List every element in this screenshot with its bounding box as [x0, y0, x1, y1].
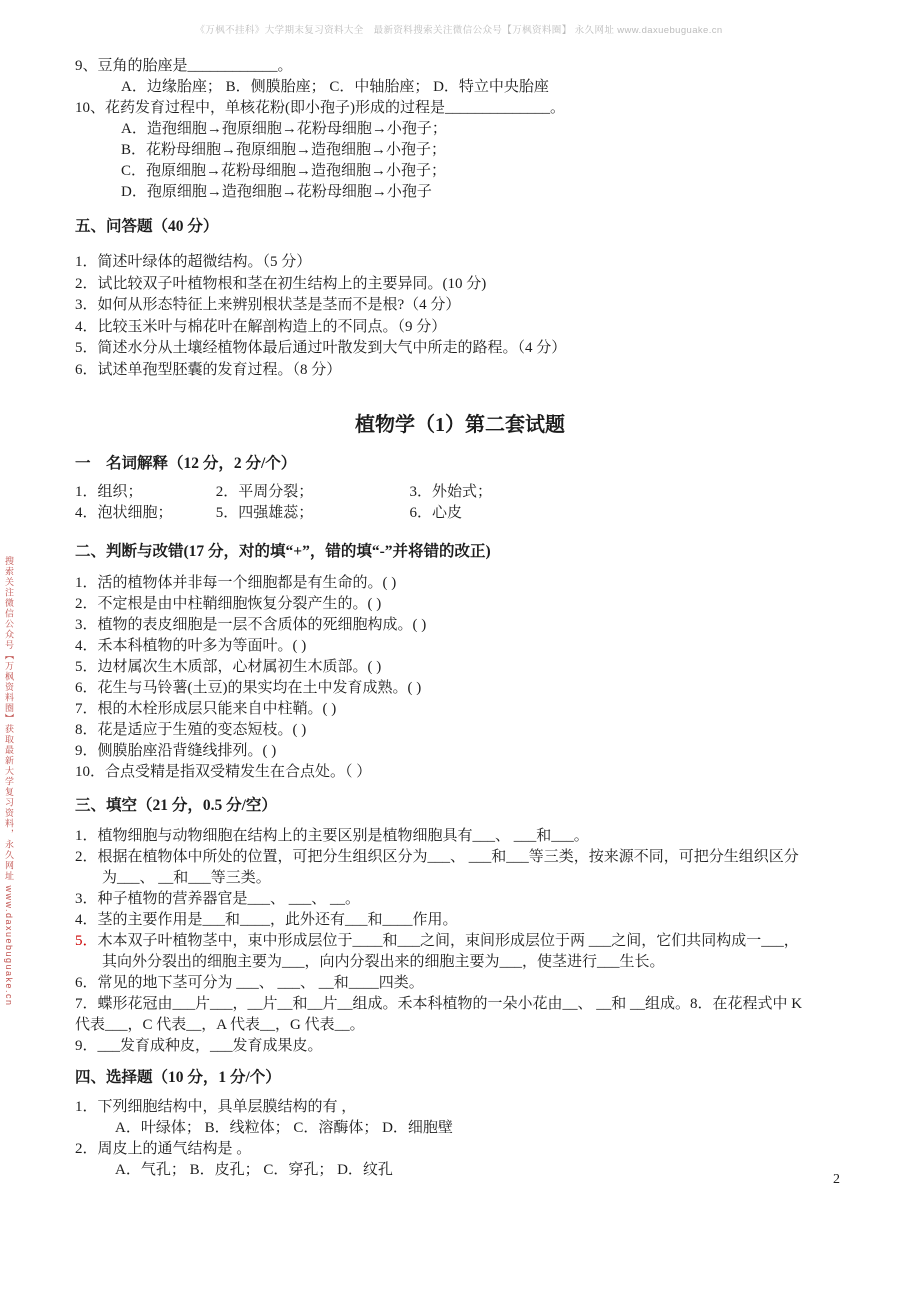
fill-item-5-text: 木本双子叶植物茎中，束中形成层位于____和___之间，束间形成层位于两 ___…: [98, 933, 799, 949]
question-10-option-b: B．花粉母细胞→孢原细胞→造孢细胞→小孢子；: [121, 140, 870, 161]
fill-item-1: 1．植物细胞与动物细胞在结构上的主要区别是植物细胞具有___、 ___和___。: [75, 826, 870, 847]
choice-section-heading: 四、选择题（10 分，1 分/个）: [75, 1067, 870, 1089]
essay-section-heading: 五、问答题（40 分）: [75, 216, 870, 238]
fill-item-3: 3．种子植物的营养器官是___、 ___、 __。: [75, 889, 870, 910]
judge-item: 10．合点受精是指双受精发生在合点处。（ ）: [75, 762, 870, 783]
choice-items: 1．下列细胞结构中，具单层膜结构的有 ， A．叶绿体； B．线粒体； C．溶酶体…: [75, 1097, 870, 1181]
fill-item-5-number: 5．: [75, 933, 98, 949]
question-10-stem: 10、花药发育过程中，单核花粉(即小孢子)形成的过程是_____________…: [75, 98, 870, 119]
judge-item: 5．边材属次生木质部，心材属初生木质部。( ): [75, 657, 870, 678]
question-10-option-c: C．孢原细胞→花粉母细胞→造孢细胞→小孢子；: [121, 161, 870, 182]
fill-item-5-line1: 5．木本双子叶植物茎中，束中形成层位于____和___之间，束间形成层位于两 _…: [75, 931, 870, 952]
judge-item: 1．活的植物体并非每一个细胞都是有生命的。( ): [75, 573, 870, 594]
terms-item: 5．四强雄蕊；: [216, 503, 406, 524]
choice-q1-options: A．叶绿体； B．线粒体； C．溶酶体； D．细胞壁: [115, 1118, 870, 1139]
essay-items: 1．简述叶绿体的超微结构。（5 分） 2．试比较双子叶植物根和茎在初生结构上的主…: [75, 252, 870, 381]
choice-q2-options: A．气孔； B．皮孔； C．穿孔； D．纹孔: [115, 1160, 870, 1181]
left-watermark: 搜索关注微信公众号【万枫资料圈】获取最新大学复习资料，永久网址 www.daxu…: [3, 556, 16, 1076]
terms-section-heading: 一 名词解释（12 分，2 分/个）: [75, 453, 870, 475]
judge-item: 7．根的木栓形成层只能来自中柱鞘。( ): [75, 699, 870, 720]
terms-row: 1．组织； 2．平周分裂； 3．外始式；: [75, 482, 870, 503]
question-10-option-a: A．造孢细胞→孢原细胞→花粉母细胞→小孢子；: [121, 119, 870, 140]
choice-q2-stem: 2．周皮上的通气结构是 。: [75, 1139, 870, 1160]
essay-item: 3．如何从形态特征上来辨别根状茎是茎而不是根?（4 分）: [75, 295, 870, 317]
page-number: 2: [833, 1172, 840, 1188]
top-watermark: 《万枫不挂科》大学期末复习资料大全 最新资料搜索关注微信公众号【万枫资料圈】 永…: [0, 22, 918, 36]
essay-item: 2．试比较双子叶植物根和茎在初生结构上的主要异同。(10 分): [75, 274, 870, 296]
terms-row: 4．泡状细胞； 5．四强雄蕊； 6．心皮: [75, 503, 870, 524]
terms-item: 6．心皮: [410, 503, 463, 524]
judge-item: 2．不定根是由中柱鞘细胞恢复分裂产生的。( ): [75, 594, 870, 615]
terms-item: 3．外始式；: [410, 482, 493, 503]
essay-item: 5．简述水分从土壤经植物体最后通过叶散发到大气中所走的路程。（4 分）: [75, 338, 870, 360]
essay-item: 6．试述单孢型胚囊的发育过程。（8 分）: [75, 360, 870, 382]
judge-item: 6．花生与马铃薯(土豆)的果实均在土中发育成熟。( ): [75, 678, 870, 699]
fill-item-5-line2: 其向外分裂出的细胞主要为___，向内分裂出来的细胞主要为___，使茎进行___生…: [102, 952, 870, 973]
fill-items: 1．植物细胞与动物细胞在结构上的主要区别是植物细胞具有___、 ___和___。…: [75, 826, 870, 1057]
fill-item-4: 4．茎的主要作用是___和____，此外还有___和____作用。: [75, 910, 870, 931]
choice-q1-stem: 1．下列细胞结构中，具单层膜结构的有 ，: [75, 1097, 870, 1118]
document-content: 9、豆角的胎座是____________。 A．边缘胎座； B．侧膜胎座； C．…: [75, 56, 870, 1181]
judge-section-heading: 二、判断与改错(17 分，对的填“+”，错的填“-”并将错的改正): [75, 541, 870, 563]
judge-item: 9．侧膜胎座沿背缝线排列。( ): [75, 741, 870, 762]
fill-item-6: 6．常见的地下茎可分为 ___、 ___、 __和____四类。: [75, 973, 870, 994]
fill-item-2-line1: 2．根据在植物体中所处的位置，可把分生组织区分为___、 ___和___等三类，…: [75, 847, 870, 868]
fill-item-9: 9．___发育成种皮，___发育成果皮。: [75, 1036, 870, 1057]
essay-item: 1．简述叶绿体的超微结构。（5 分）: [75, 252, 870, 274]
fill-item-2-line2: 为___、 __和___等三类。: [102, 868, 870, 889]
judge-item: 4．禾本科植物的叶多为等面叶。( ): [75, 636, 870, 657]
terms-items: 1．组织； 2．平周分裂； 3．外始式； 4．泡状细胞； 5．四强雄蕊； 6．心…: [75, 482, 870, 524]
exam-document-page: 《万枫不挂科》大学期末复习资料大全 最新资料搜索关注微信公众号【万枫资料圈】 永…: [0, 0, 918, 1298]
exam2-title: 植物学（1）第二套试题: [75, 411, 845, 439]
terms-item: 4．泡状细胞；: [75, 503, 212, 524]
judge-items: 1．活的植物体并非每一个细胞都是有生命的。( ) 2．不定根是由中柱鞘细胞恢复分…: [75, 573, 870, 783]
fill-section-heading: 三、填空（21 分，0.5 分/空）: [75, 795, 870, 817]
judge-item: 3．植物的表皮细胞是一层不含质体的死细胞构成。( ): [75, 615, 870, 636]
terms-item: 1．组织；: [75, 482, 212, 503]
question-10-option-d: D．孢原细胞→造孢细胞→花粉母细胞→小孢子: [121, 182, 870, 203]
question-9-options: A．边缘胎座； B．侧膜胎座； C．中轴胎座； D．特立中央胎座: [121, 77, 870, 98]
fill-item-7-line2: 代表___，C 代表__，A 代表__，G 代表__。: [75, 1015, 870, 1036]
fill-item-7-line1: 7．蝶形花冠由___片___，__片__和__片__组成。禾本科植物的一朵小花由…: [75, 994, 870, 1015]
judge-item: 8．花是适应于生殖的变态短枝。( ): [75, 720, 870, 741]
question-9-stem: 9、豆角的胎座是____________。: [75, 56, 870, 77]
terms-item: 2．平周分裂；: [216, 482, 406, 503]
essay-item: 4．比较玉米叶与棉花叶在解剖构造上的不同点。（9 分）: [75, 317, 870, 339]
